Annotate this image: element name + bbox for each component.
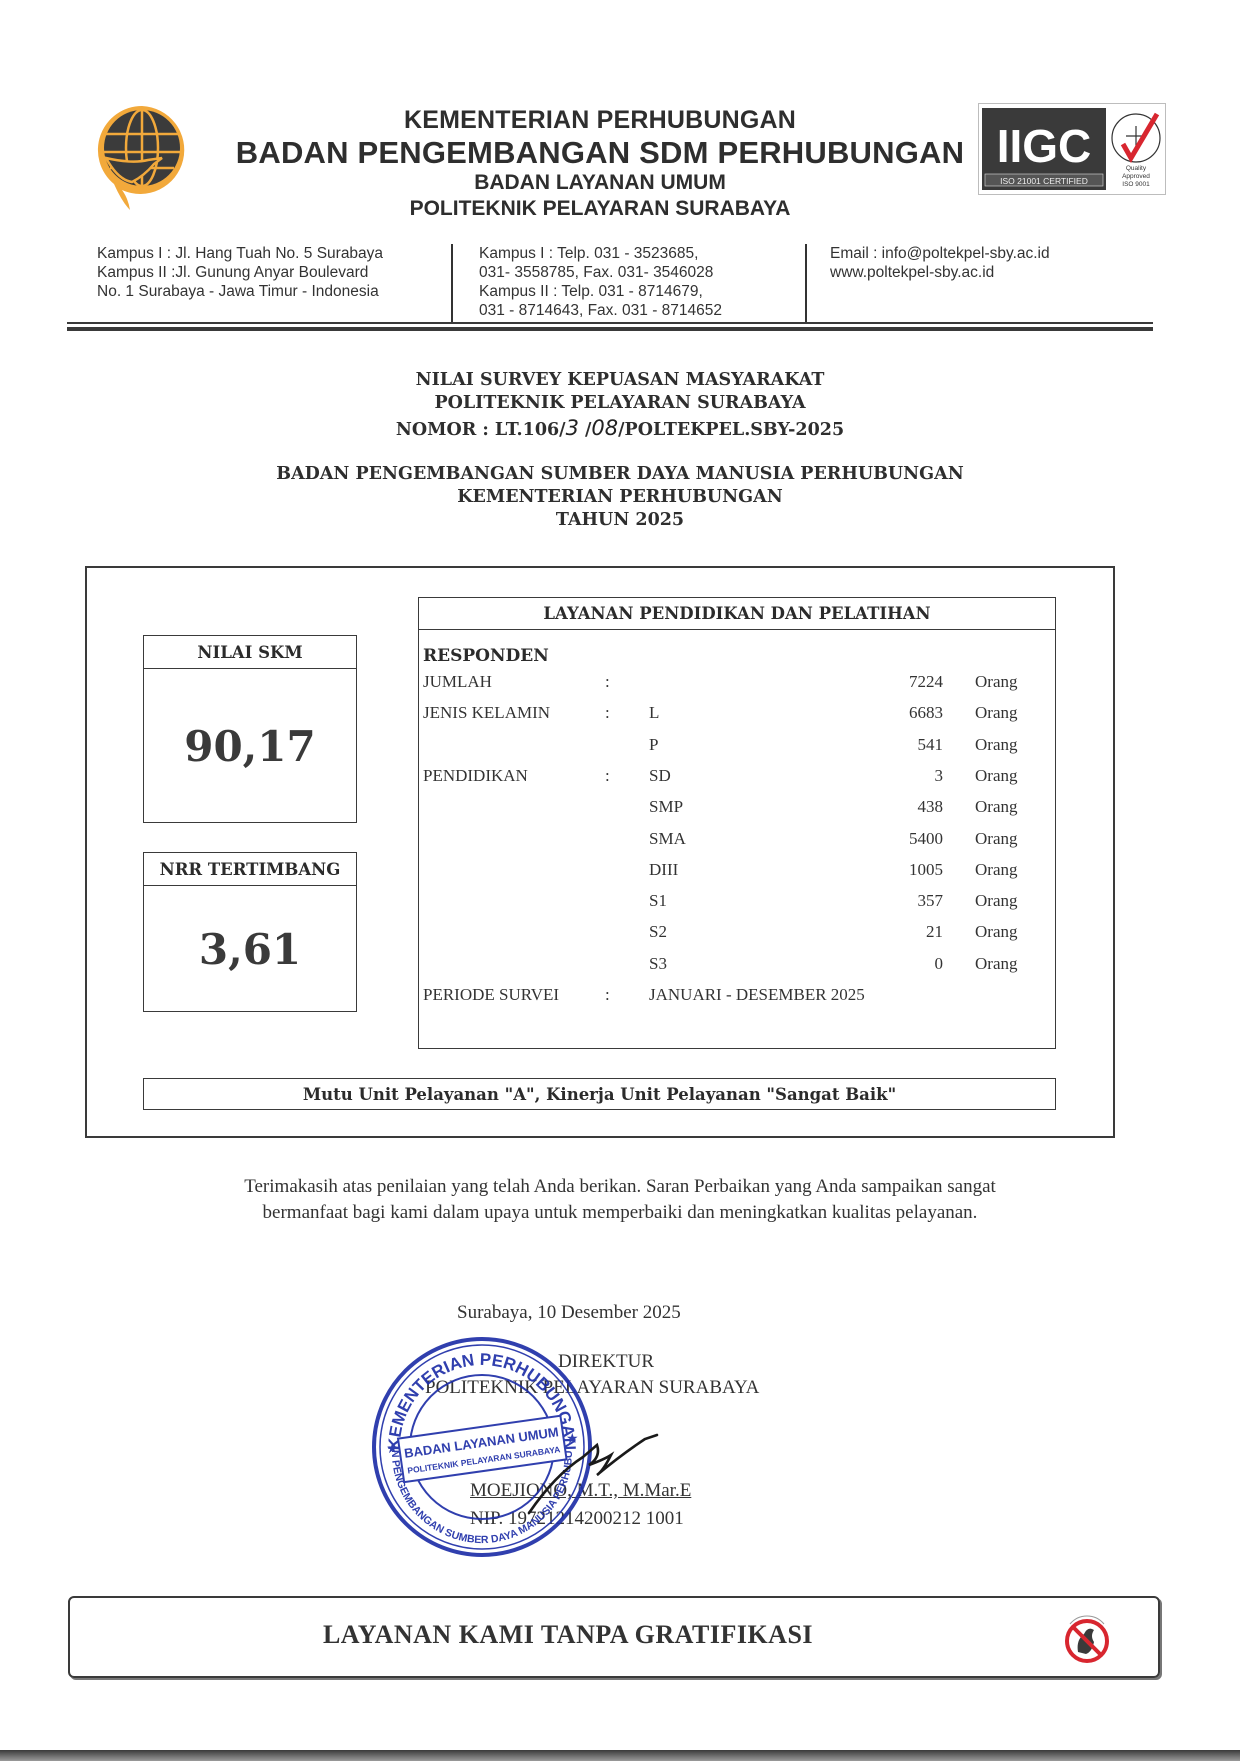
row-count: 21 [926, 922, 943, 942]
survey-period-row: PERIODE SURVEI : JANUARI - DESEMBER 2025 [423, 985, 1053, 1015]
respondent-row: S221Orang [423, 922, 1053, 952]
service-header: LAYANAN PENDIDIKAN DAN PELATIHAN [419, 598, 1055, 630]
footer-slogan: LAYANAN KAMI TANPA GRATIFIKASI [68, 1620, 1068, 1650]
row-category: SMP [649, 797, 683, 817]
row-unit: Orang [975, 735, 1017, 755]
contact-info: Email : info@poltekpel-sby.ac.id www.pol… [830, 244, 1170, 282]
row-unit: Orang [975, 922, 1017, 942]
row-colon: : [605, 703, 610, 723]
row-category: SD [649, 766, 671, 786]
closing-text-line1: Terimakasih atas penilaian yang telah An… [100, 1176, 1140, 1198]
place-date: Surabaya, 10 Desember 2025 [457, 1302, 681, 1324]
row-unit: Orang [975, 829, 1017, 849]
svg-text:ISO 21001 CERTIFIED: ISO 21001 CERTIFIED [1000, 176, 1088, 186]
skm-score-box: NILAI SKM 90,17 [143, 635, 357, 823]
svg-text:★: ★ [386, 1442, 399, 1457]
no-gratification-icon [1060, 1612, 1114, 1666]
handwritten-number: 3 [566, 416, 579, 440]
nrr-value: 3,61 [144, 886, 356, 1012]
handwritten-signature-icon [525, 1395, 665, 1515]
row-unit: Orang [975, 672, 1017, 692]
row-colon: : [605, 766, 610, 786]
iso-certification-badge: IIGC ISO 21001 CERTIFIED Quality Approve… [978, 103, 1166, 195]
doc-subtitle: POLITEKNIK PELAYARAN SURABAYA [120, 393, 1120, 413]
svg-text:Quality: Quality [1126, 165, 1147, 172]
website-link[interactable]: www.poltekpel-sby.ac.id [830, 263, 1170, 282]
campus-address: Kampus I : Jl. Hang Tuah No. 5 Surabaya … [97, 244, 437, 301]
closing-text-line2: bermanfaat bagi kami dalam upaya untuk m… [100, 1202, 1140, 1224]
ministry-name: KEMENTERIAN PERHUBUNGAN [220, 106, 980, 135]
doc-number: NOMOR : LT.106/3 /08/POLTEKPEL.SBY-2025 [120, 416, 1120, 440]
row-category: P [649, 735, 658, 755]
period-value: JANUARI - DESEMBER 2025 [649, 985, 865, 1005]
row-unit: Orang [975, 860, 1017, 880]
issuer-agency: BADAN PENGEMBANGAN SUMBER DAYA MANUSIA P… [120, 464, 1120, 484]
letterhead-rule-thick [67, 327, 1153, 331]
row-unit: Orang [975, 703, 1017, 723]
scan-edge-band [0, 1750, 1240, 1761]
row-category: S2 [649, 922, 667, 942]
respondent-row: S1357Orang [423, 891, 1053, 921]
respondent-row: S30Orang [423, 954, 1053, 984]
doc-year: TAHUN 2025 [120, 510, 1120, 530]
respondent-row: JENIS KELAMIN:L6683Orang [423, 703, 1053, 733]
row-count: 438 [918, 797, 944, 817]
row-category: S3 [649, 954, 667, 974]
nrr-score-box: NRR TERTIMBANG 3,61 [143, 852, 357, 1012]
respondent-row: SMA5400Orang [423, 829, 1053, 859]
skm-value: 90,17 [144, 669, 356, 823]
row-label: JENIS KELAMIN [423, 703, 550, 723]
row-category: L [649, 703, 659, 723]
row-count: 7224 [909, 672, 943, 692]
row-count: 357 [918, 891, 944, 911]
kemenhub-logo-icon [92, 102, 192, 214]
campus-phone-fax: Kampus I : Telp. 031 - 3523685, 031- 355… [479, 244, 799, 320]
respondent-row: JUMLAH:7224Orang [423, 672, 1053, 702]
row-colon: : [605, 672, 610, 692]
row-count: 0 [935, 954, 944, 974]
doc-title: NILAI SURVEY KEPUASAN MASYARAKAT [120, 370, 1120, 390]
column-divider [805, 244, 807, 322]
skm-label: NILAI SKM [144, 636, 356, 669]
institution-name: POLITEKNIK PELAYARAN SURABAYA [220, 197, 980, 221]
row-category: SMA [649, 829, 686, 849]
respondent-row: P541Orang [423, 735, 1053, 765]
respondent-section-title: RESPONDEN [423, 646, 549, 666]
row-count: 5400 [909, 829, 943, 849]
service-quality-result: Mutu Unit Pelayanan "A", Kinerja Unit Pe… [143, 1078, 1056, 1110]
row-unit: Orang [975, 766, 1017, 786]
row-category: DIII [649, 860, 678, 880]
nrr-label: NRR TERTIMBANG [144, 853, 356, 886]
respondent-row: DIII1005Orang [423, 860, 1053, 890]
column-divider [451, 244, 453, 322]
issuer-ministry: KEMENTERIAN PERHUBUNGAN [120, 487, 1120, 507]
agency-name: BADAN PENGEMBANGAN SDM PERHUBUNGAN [220, 135, 980, 171]
row-category: S1 [649, 891, 667, 911]
email-link[interactable]: Email : info@poltekpel-sby.ac.id [830, 244, 1170, 263]
row-unit: Orang [975, 891, 1017, 911]
svg-text:Approved: Approved [1122, 173, 1150, 180]
svg-text:IIGC: IIGC [997, 120, 1092, 172]
handwritten-month: 08 [591, 416, 618, 440]
respondent-row: PENDIDIKAN:SD3Orang [423, 766, 1053, 796]
row-count: 6683 [909, 703, 943, 723]
unit-name: BADAN LAYANAN UMUM [220, 171, 980, 195]
letterhead-rule [67, 322, 1153, 324]
respondent-row: SMP438Orang [423, 797, 1053, 827]
row-count: 541 [918, 735, 944, 755]
row-label: JUMLAH [423, 672, 492, 692]
row-count: 3 [935, 766, 944, 786]
row-count: 1005 [909, 860, 943, 880]
period-label: PERIODE SURVEI [423, 985, 559, 1005]
row-unit: Orang [975, 797, 1017, 817]
row-label: PENDIDIKAN [423, 766, 528, 786]
svg-text:ISO 9001: ISO 9001 [1122, 181, 1150, 188]
row-unit: Orang [975, 954, 1017, 974]
